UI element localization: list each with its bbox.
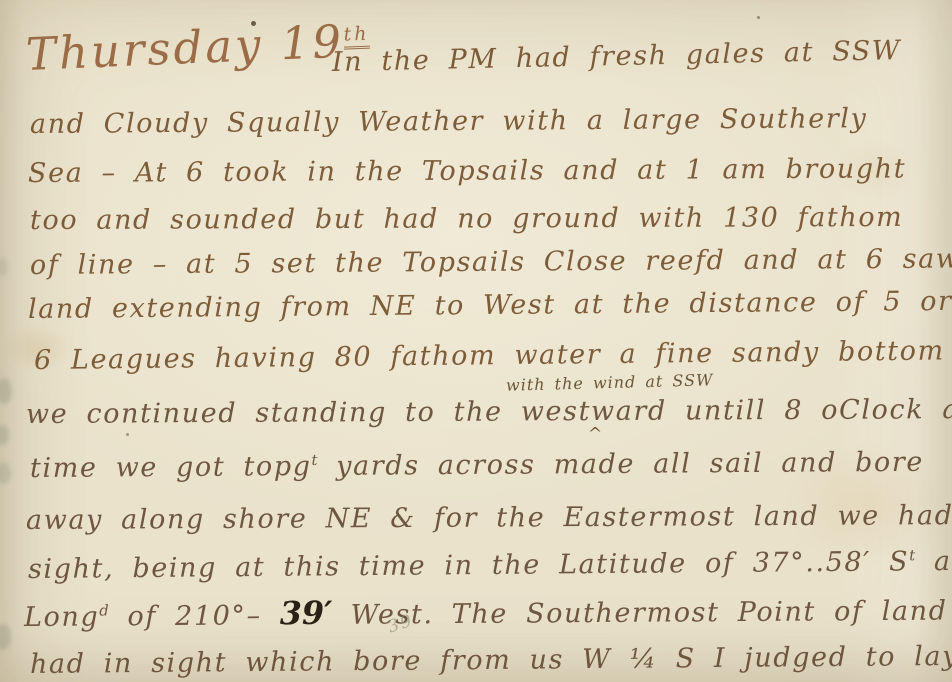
text-segment: of 210°– — [109, 600, 280, 632]
manuscript-page: Thursday 19th In the PM had fresh gales … — [0, 0, 952, 682]
entry-date-heading: Thursday 19th — [25, 14, 371, 81]
text-segment: In the PM had fresh gales at SSW — [332, 35, 902, 78]
text-segment: of line – at 5 set the Topsails Close re… — [30, 244, 952, 281]
journal-line: land extending from NE to West at the di… — [28, 285, 952, 327]
interline-insertion-note: with the wind at SSW — [506, 370, 714, 394]
journal-line: time we got topgt yards across made all … — [30, 446, 924, 486]
ink-speck — [757, 16, 760, 19]
page-edge-smudge — [0, 624, 11, 650]
journal-line: had in sight which bore from us W ¼ S I … — [30, 639, 952, 681]
text-segment: 6 Leagues having 80 fathom water a fine … — [34, 335, 945, 376]
text-segment: and Cloudy Squally Weather with a large … — [30, 103, 868, 140]
text-segment: and — [916, 546, 952, 578]
entry-day-text: Thursday 19 — [25, 15, 345, 81]
journal-line: 6 Leagues having 80 fathom water a fine … — [34, 334, 945, 377]
text-segment: sight, being at this time in the Latitud… — [28, 546, 909, 585]
text-segment: we continued standing to the westward un… — [26, 393, 952, 430]
journal-line: Sea – At 6 took in the Topsails and at 1… — [28, 152, 906, 190]
text-segment: had in sight which bore from us W ¼ S I … — [30, 640, 952, 680]
page-edge-smudge — [0, 258, 8, 276]
journal-line: In the PM had fresh gales at SSW — [332, 34, 902, 80]
journal-line: we continued standing to the westward un… — [26, 392, 952, 431]
text-segment: West. The Southermost Point of land we — [332, 595, 952, 631]
text-segment: d — [99, 601, 109, 619]
text-segment: land extending from NE to West at the di… — [28, 286, 952, 325]
text-segment: yards across made all sail and bore — [318, 447, 924, 482]
page-edge-smudge — [0, 425, 9, 445]
journal-line: and Cloudy Squally Weather with a large … — [30, 102, 868, 142]
text-segment: away along shore NE & for the Eastermost… — [26, 500, 952, 536]
text-segment: 39′ — [280, 594, 333, 632]
journal-line: away along shore NE & for the Eastermost… — [26, 499, 952, 538]
text-segment: too and sounded but had no ground with 1… — [30, 202, 903, 236]
ink-speck — [126, 433, 129, 436]
journal-line: too and sounded but had no ground with 1… — [30, 201, 903, 238]
text-segment: Sea – At 6 took in the Topsails and at 1… — [28, 153, 906, 189]
text-segment: time we got topg — [30, 451, 312, 484]
journal-line: of line – at 5 set the Topsails Close re… — [30, 243, 952, 283]
insertion-caret-mark: ^ — [588, 424, 602, 444]
journal-line: Longd of 210°– 39′ West. The Southermost… — [24, 589, 952, 636]
page-edge-smudge — [0, 378, 12, 404]
journal-line: sight, being at this time in the Latitud… — [28, 545, 952, 587]
text-segment: Long — [24, 601, 99, 633]
page-edge-smudge — [0, 462, 11, 484]
